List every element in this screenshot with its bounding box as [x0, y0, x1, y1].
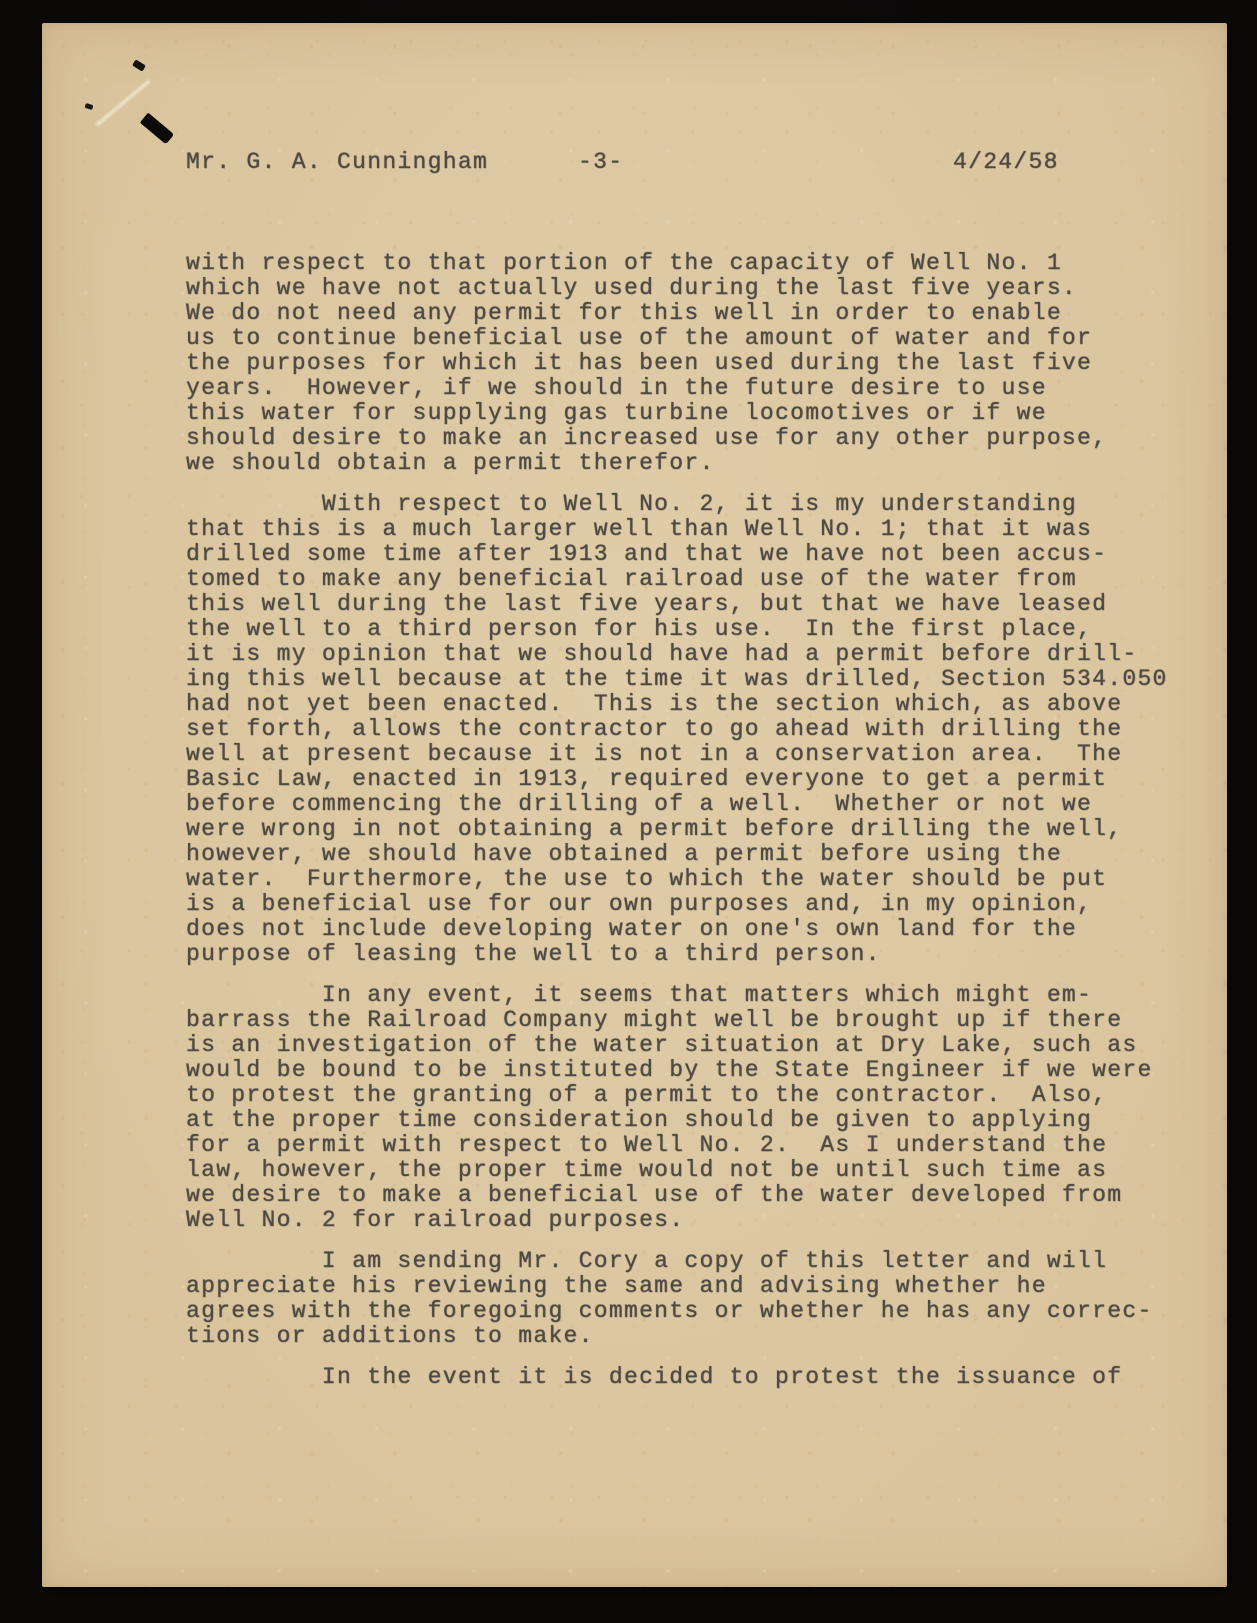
- paragraph-3: In any event, it seems that matters whic…: [186, 983, 1231, 1233]
- paragraph-1: with respect to that portion of the capa…: [186, 251, 1231, 476]
- scan-background: Mr. G. A. Cunningham -3- 4/24/58 with re…: [0, 0, 1257, 1623]
- letter-body: with respect to that portion of the capa…: [186, 251, 1231, 1406]
- paragraph-2: With respect to Well No. 2, it is my und…: [186, 492, 1231, 967]
- header-page-number: -3-: [578, 150, 623, 175]
- header-recipient: Mr. G. A. Cunningham: [186, 150, 488, 175]
- paragraph-4: I am sending Mr. Cory a copy of this let…: [186, 1249, 1231, 1349]
- letter-header: Mr. G. A. Cunningham -3- 4/24/58: [186, 150, 1186, 176]
- ink-speck-top: [132, 59, 146, 71]
- ink-mark-diagonal: [140, 113, 174, 145]
- paragraph-5: In the event it is decided to protest th…: [186, 1365, 1231, 1390]
- ink-speck-left: [84, 103, 93, 110]
- letter-page: Mr. G. A. Cunningham -3- 4/24/58 with re…: [42, 23, 1227, 1587]
- header-date: 4/24/58: [953, 150, 1059, 175]
